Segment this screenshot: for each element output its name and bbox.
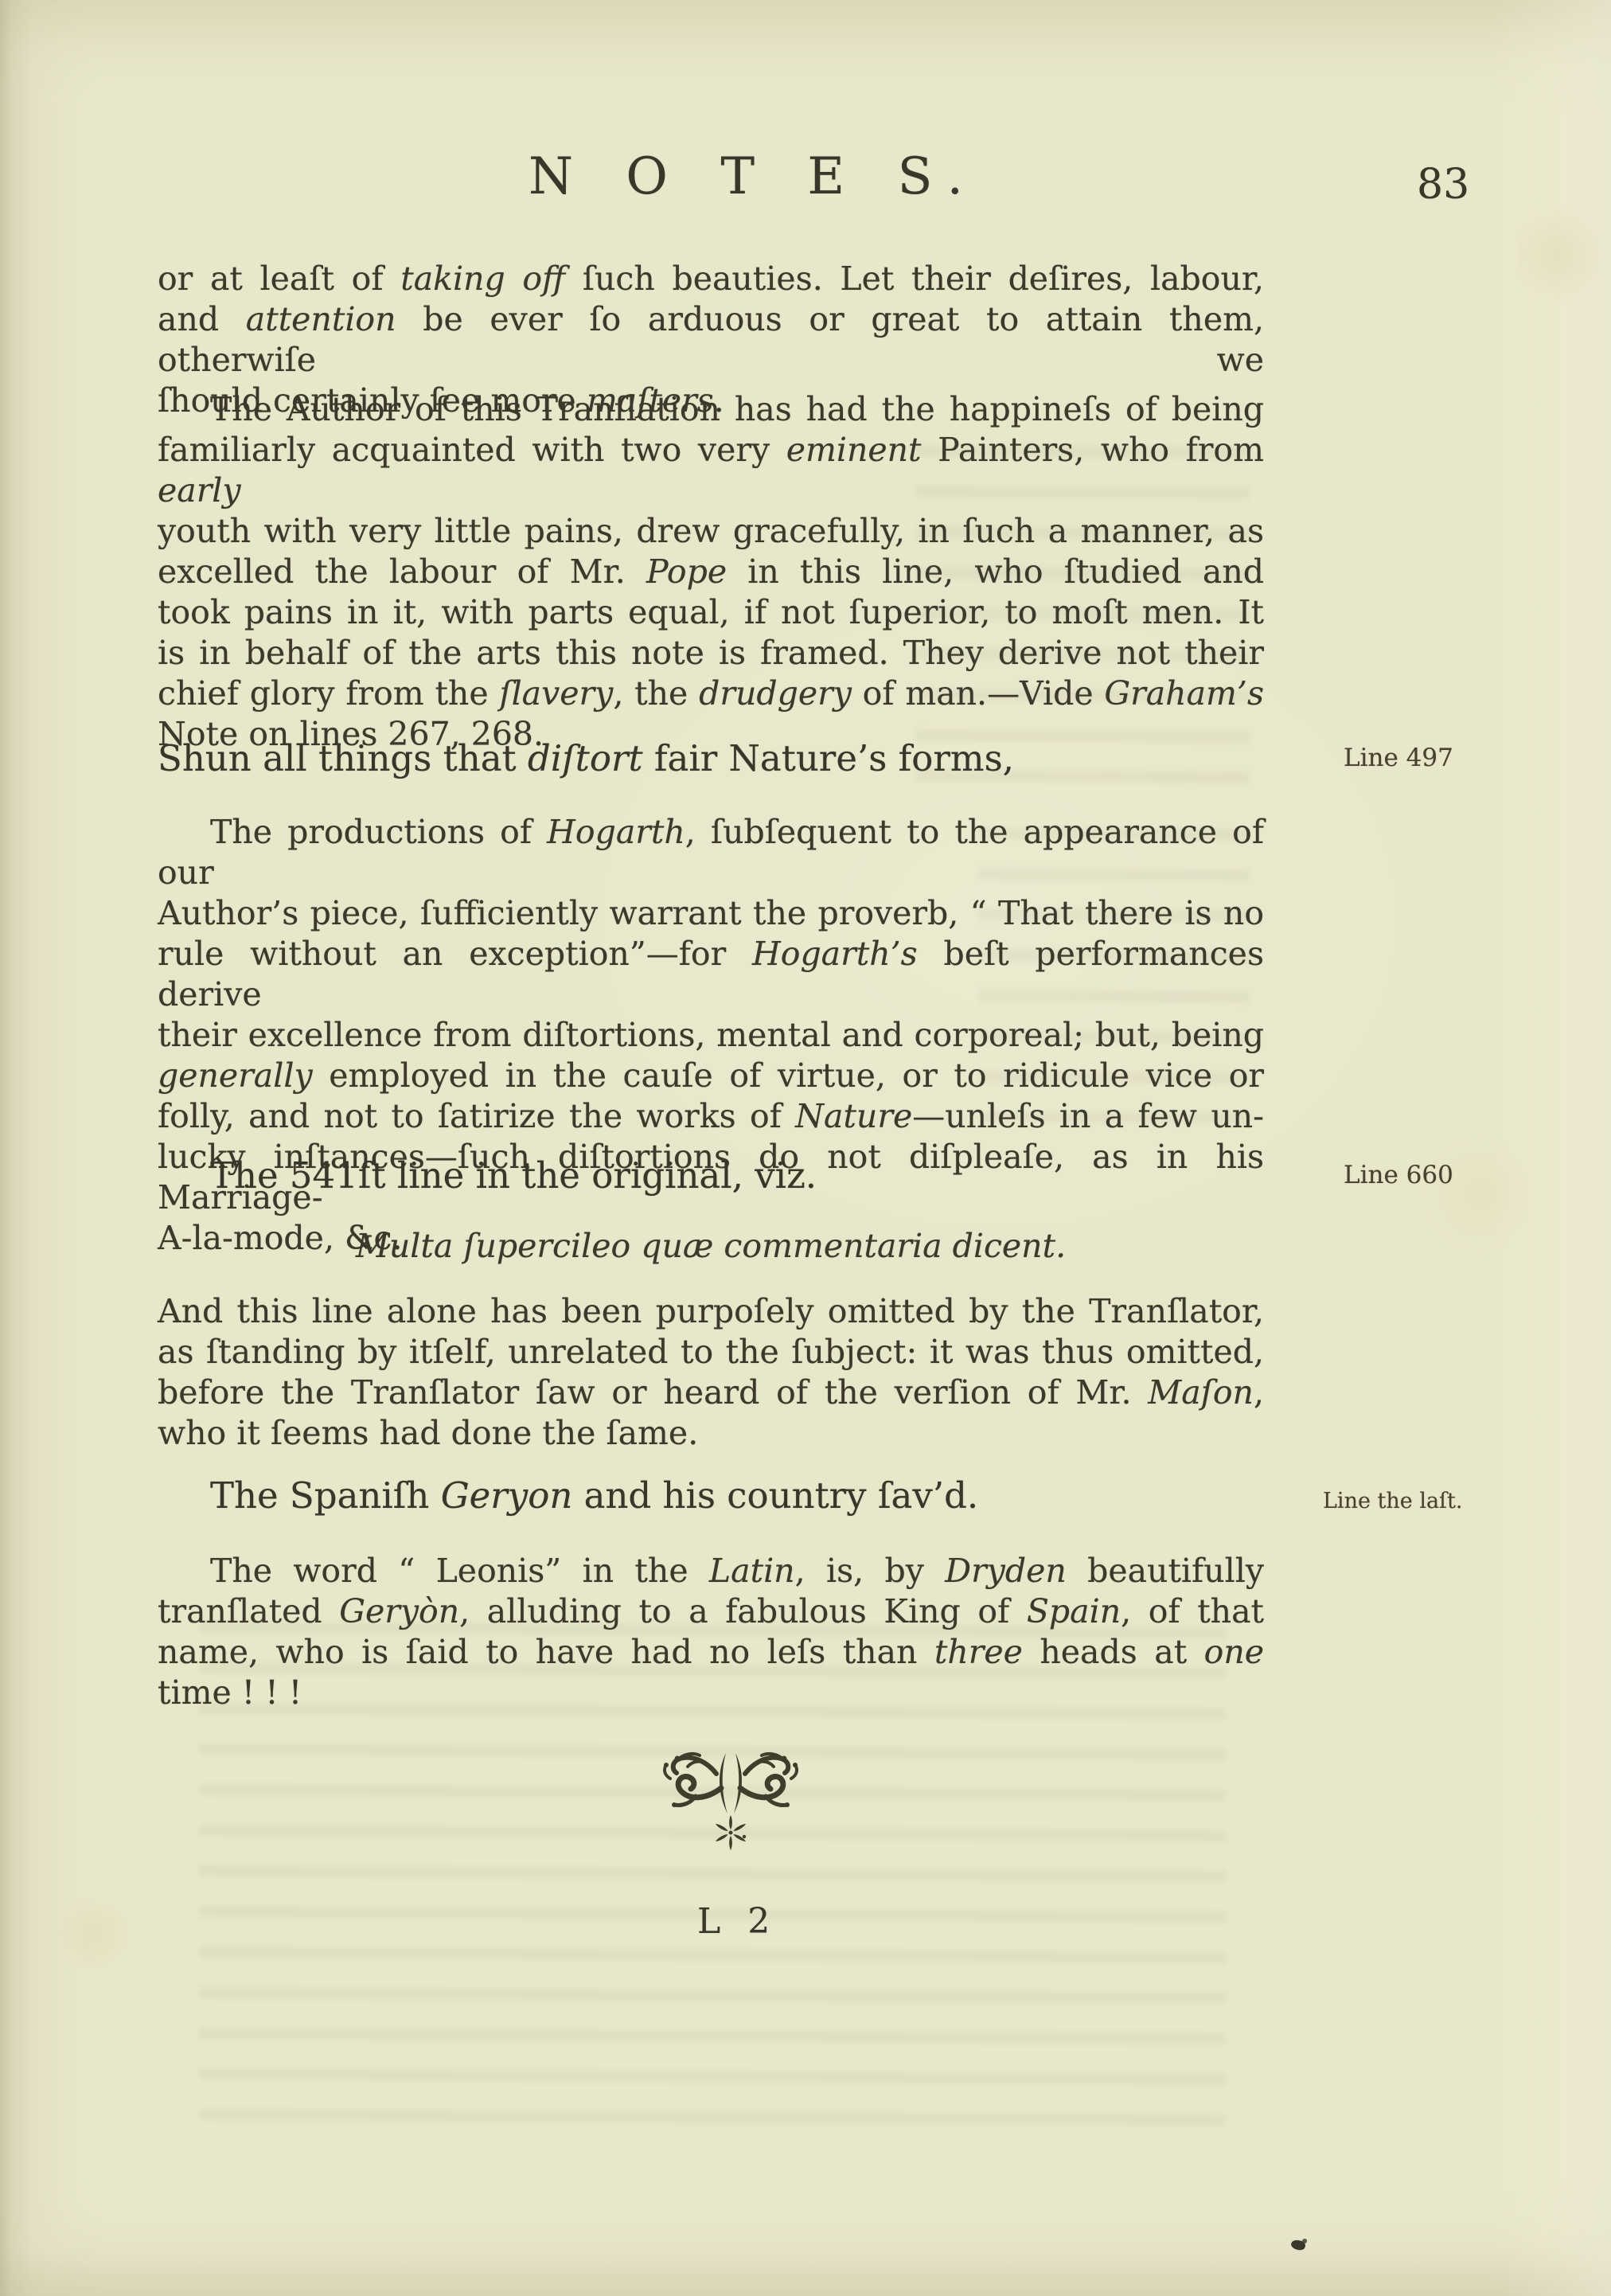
text-line: rule without an exception”—for Hogarth’s…	[158, 934, 1264, 1015]
text-line: and attention be ever ſo arduous or grea…	[158, 299, 1264, 381]
book-page-scan: N O T E S. 83 or at leaſt of taking off …	[0, 0, 1611, 2296]
verse-heading-geryon: The Spaniſh Geryon and his country ſav’d…	[158, 1473, 1264, 1519]
margin-note-line-660: Line 660	[1344, 1161, 1453, 1189]
text-line: The Spaniſh Geryon and his country ſav’d…	[158, 1473, 1264, 1519]
verse-heading-shun: Shun all things that diſtort fair Nature…	[158, 736, 1264, 782]
text-line: generally employed in the cauſe of virtu…	[158, 1056, 1264, 1096]
page-title: N O T E S.	[529, 148, 979, 205]
text-line: Author’s piece, ſufficiently warrant the…	[158, 893, 1264, 934]
text-line: is in behalf of the arts this note is fr…	[158, 633, 1264, 674]
margin-note-line-497: Line 497	[1344, 744, 1453, 772]
fleuron-ornament	[664, 1753, 798, 1814]
text-line: tranſlated Geryòn, alluding to a fabulou…	[158, 1591, 1264, 1632]
text-line: The 541ſt line in the original, viz.	[158, 1153, 1264, 1199]
text-line: familiarly acquainted with two very emin…	[158, 430, 1264, 511]
text-line: folly, and not to ſatirize the works of …	[158, 1096, 1264, 1137]
text-line: Multa ſupercileo quæ commentaria dicent.	[158, 1226, 1264, 1267]
verse-heading-541st-line: The 541ſt line in the original, viz.	[158, 1153, 1264, 1199]
margin-note-line-the-last: Line the laſt.	[1323, 1487, 1462, 1516]
ink-blot	[1302, 2239, 1307, 2243]
signature-mark: L 2	[697, 1901, 770, 1942]
paragraph-omitted-line: And this line alone has been purpoſely o…	[158, 1291, 1264, 1454]
page-number: 83	[1417, 161, 1469, 209]
text-line: And this line alone has been purpoſely o…	[158, 1291, 1264, 1332]
text-line: who it ſeems had done the ſame.	[158, 1413, 1264, 1454]
text-line: their excellence from diſtortions, menta…	[158, 1015, 1264, 1056]
asterisk-ornament	[715, 1815, 747, 1850]
text-line: youth with very little pains, drew grace…	[158, 511, 1264, 552]
text-line: time ! ! !	[158, 1673, 1264, 1713]
text-line: Shun all things that diſtort fair Nature…	[158, 736, 1264, 782]
text-line: name, who is ſaid to have had no leſs th…	[158, 1632, 1264, 1673]
text-line: took pains in it, with parts equal, if n…	[158, 592, 1264, 633]
paragraph-leonis: The word “ Leonis” in the Latin, is, by …	[158, 1551, 1264, 1713]
text-line: excelled the labour of Mr. Pope in this …	[158, 552, 1264, 592]
text-line: or at leaſt of taking off ſuch beauties.…	[158, 259, 1264, 299]
tailpiece-ornament	[659, 1747, 805, 1858]
paragraph-author-translation: The Author of this Tranſlation has had t…	[158, 389, 1264, 755]
text-line: The Author of this Tranſlation has had t…	[158, 389, 1264, 430]
latin-quotation: Multa ſupercileo quæ commentaria dicent.	[158, 1226, 1264, 1267]
text-line: chief glory from the ſlavery, the drudge…	[158, 674, 1264, 714]
text-line: The word “ Leonis” in the Latin, is, by …	[158, 1551, 1264, 1591]
text-line: as ſtanding by itſelf, unrelated to the …	[158, 1332, 1264, 1373]
text-line: before the Tranſlator ſaw or heard of th…	[158, 1373, 1264, 1413]
text-line: The productions of Hogarth, ſubſequent t…	[158, 812, 1264, 893]
